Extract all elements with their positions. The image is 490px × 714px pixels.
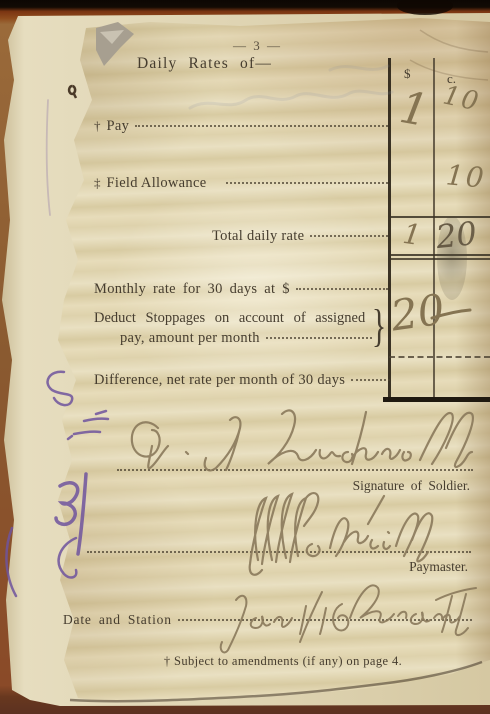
- pay-dollars-handwritten: 1: [396, 82, 432, 137]
- binding-stain: [397, 0, 453, 15]
- date-station-row: Date and Station: [63, 612, 472, 628]
- purple-pencil-marks: [6, 100, 108, 596]
- field-allowance-row: ‡ Field Allowance: [94, 175, 388, 192]
- stoppages-brace: }: [372, 299, 386, 352]
- field-allowance-label: Field Allowance: [107, 175, 207, 192]
- double-dagger-icon: ‡: [94, 175, 101, 191]
- pay-cents-handwritten: 10: [440, 80, 483, 117]
- dotted-leader: [351, 379, 390, 381]
- total-daily-rate-row: Total daily rate: [212, 228, 388, 245]
- stoppages-label-line1: Deduct Stoppages on account of assigned: [94, 310, 365, 327]
- page-title: Daily Rates of—: [137, 55, 272, 73]
- monthly-rate-label: Monthly rate for 30 days at $: [94, 281, 290, 298]
- total-daily-rate-label: Total daily rate: [212, 228, 304, 245]
- paymaster-signature-line: [87, 551, 471, 553]
- table-vertical-rule-thick: [388, 58, 391, 399]
- dotted-leader: [296, 288, 388, 290]
- stoppages-label-line2: pay, amount per month: [120, 330, 260, 347]
- dotted-leader: [226, 182, 388, 184]
- stoppages-amount-handwritten: 20: [388, 285, 448, 341]
- folded-paper-flap: [96, 22, 134, 66]
- purple-page-marker-31: [56, 474, 86, 554]
- dollars-column-header: $: [404, 66, 411, 82]
- total-dollars-handwritten: 1: [401, 217, 423, 252]
- pay-label: Pay: [107, 118, 130, 135]
- stoppages-row-line2: pay, amount per month: [120, 330, 372, 347]
- total-cents-handwritten: 20: [434, 214, 478, 256]
- monthly-rate-row: Monthly rate for 30 days at $: [94, 281, 388, 298]
- field-allowance-cents-handwritten: 10: [445, 158, 487, 194]
- soldier-signature-caption: Signature of Soldier.: [320, 478, 470, 494]
- paybook-page-scan: — 3 — Daily Rates of— $ c. † Pay ‡ Field…: [0, 0, 490, 714]
- difference-label: Difference, net rate per month of 30 day…: [94, 372, 345, 389]
- page-number: — 3 —: [233, 38, 282, 54]
- footnote: † Subject to amendments (if any) on page…: [118, 654, 448, 669]
- table-dashed-rule: [389, 356, 490, 358]
- dotted-leader: [178, 619, 472, 621]
- soldier-signature-handwriting: [132, 410, 473, 470]
- paymaster-caption: Paymaster.: [388, 559, 468, 575]
- soldier-signature-line: [117, 469, 473, 471]
- table-bottom-rule: [383, 397, 490, 402]
- dotted-leader: [266, 337, 372, 339]
- pay-row: † Pay: [94, 118, 388, 135]
- dagger-icon: †: [94, 118, 101, 134]
- ink-speck: [69, 86, 76, 98]
- difference-row: Difference, net rate per month of 30 day…: [94, 372, 390, 389]
- dotted-leader: [310, 235, 388, 237]
- page-content: — 3 — Daily Rates of— $ c. † Pay ‡ Field…: [0, 0, 490, 714]
- date-station-label: Date and Station: [63, 612, 172, 628]
- dotted-leader: [135, 125, 388, 127]
